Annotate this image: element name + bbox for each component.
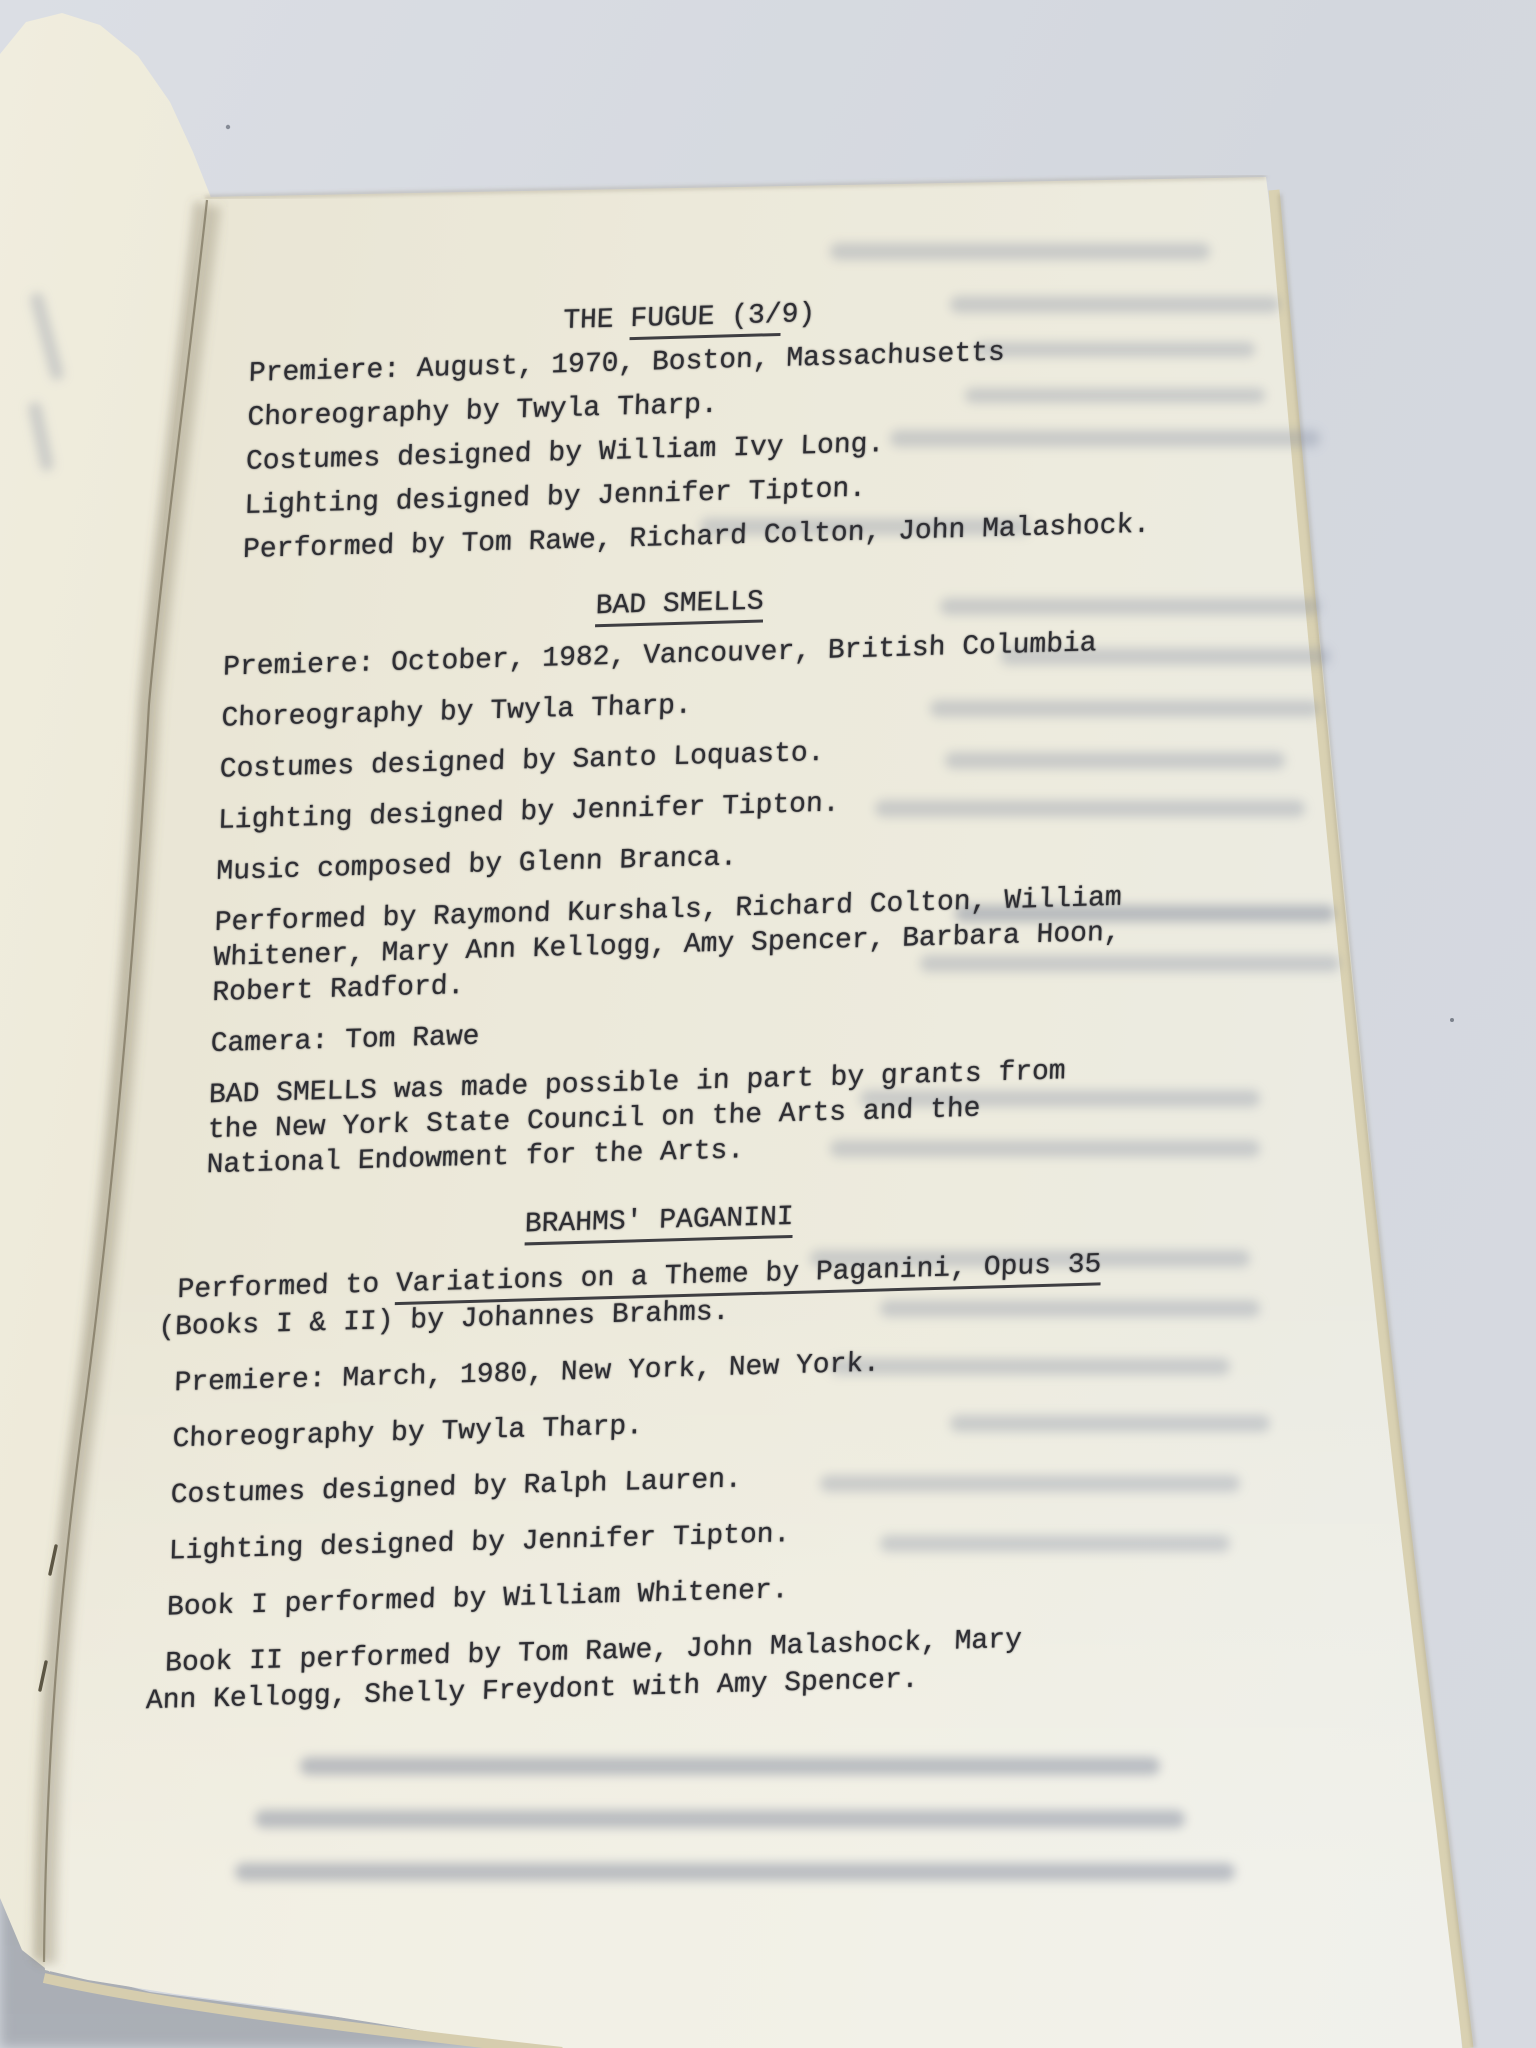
credit-line: Lighting designed by Jennifer Tipton. xyxy=(168,1506,1134,1573)
credit-line: Premiere: March, 1980, New York, New Yor… xyxy=(174,1337,1140,1404)
credit-text: Lighting designed by Jennifer Tipton. xyxy=(168,1519,790,1567)
credit-line: Choreography by Twyla Tharp. xyxy=(172,1393,1138,1460)
work-title-underlined: BAD SMELLS xyxy=(595,586,764,627)
work-title-underlined: FUGUE (3/ xyxy=(630,300,782,340)
credit-line: Costumes designed by Ralph Lauren. xyxy=(170,1449,1136,1516)
credit-text: Performed to xyxy=(177,1269,396,1306)
credit-text: Robert Radford. xyxy=(212,971,465,1009)
dust-speck xyxy=(1450,1018,1454,1022)
work-title: BRAHMS' PAGANINI xyxy=(174,1188,1145,1255)
credit-text: Choreography by Twyla Tharp. xyxy=(247,390,718,434)
ghost-text-smudge xyxy=(300,1757,1160,1775)
work-section: BRAHMS' PAGANINIPerformed to Variations … xyxy=(158,1188,1144,1722)
credit-text: Premiere: March, 1980, New York, New Yor… xyxy=(174,1349,880,1400)
credit-text: Lighting designed by Jennifer Tipton. xyxy=(218,788,840,836)
ghost-text-smudge xyxy=(830,243,1210,260)
credit-text: Camera: Tom Rawe xyxy=(210,1022,480,1061)
credit-line: Book I performed by William Whitener. xyxy=(166,1562,1132,1629)
dust-speck xyxy=(226,125,230,129)
work-section: THE FUGUE (3/9)Premiere: August, 1970, B… xyxy=(196,285,1174,572)
credit-text: Book I performed by William Whitener. xyxy=(166,1575,788,1623)
under-pages-bottom-edge xyxy=(44,1978,562,2048)
under-pages-right-contour xyxy=(1280,194,1474,2048)
credit-text: Costumes designed by Ralph Lauren. xyxy=(170,1464,742,1511)
credit-text: Choreography by Twyla Tharp. xyxy=(172,1411,643,1455)
credit-text: Lighting designed by Jennifer Tipton. xyxy=(244,474,866,522)
page-top-edge xyxy=(205,177,1266,197)
work-section: BAD SMELLSPremiere: October, 1982, Vanco… xyxy=(176,571,1165,1187)
credit-text: Costumes designed by William Ivy Long. xyxy=(245,429,884,478)
ghost-text-smudge xyxy=(235,1863,1235,1881)
credit-text: Costumes designed by Santo Loquasto. xyxy=(219,738,825,786)
work-title-text: THE xyxy=(563,304,631,337)
credit-text: Music composed by Glenn Branca. xyxy=(216,842,738,888)
program-page-photo: THE FUGUE (3/9)Premiere: August, 1970, B… xyxy=(0,0,1536,2048)
work-title-underlined: BRAHMS' PAGANINI xyxy=(524,1202,794,1246)
typed-text-block: THE FUGUE (3/9)Premiere: August, 1970, B… xyxy=(158,285,1174,1722)
work-title-text: 9) xyxy=(781,299,816,331)
ghost-text-smudge xyxy=(255,1810,1185,1828)
credit-text: Choreography by Twyla Tharp. xyxy=(221,691,692,735)
credit-text: Premiere: October, 1982, Vancouver, Brit… xyxy=(223,628,1097,683)
